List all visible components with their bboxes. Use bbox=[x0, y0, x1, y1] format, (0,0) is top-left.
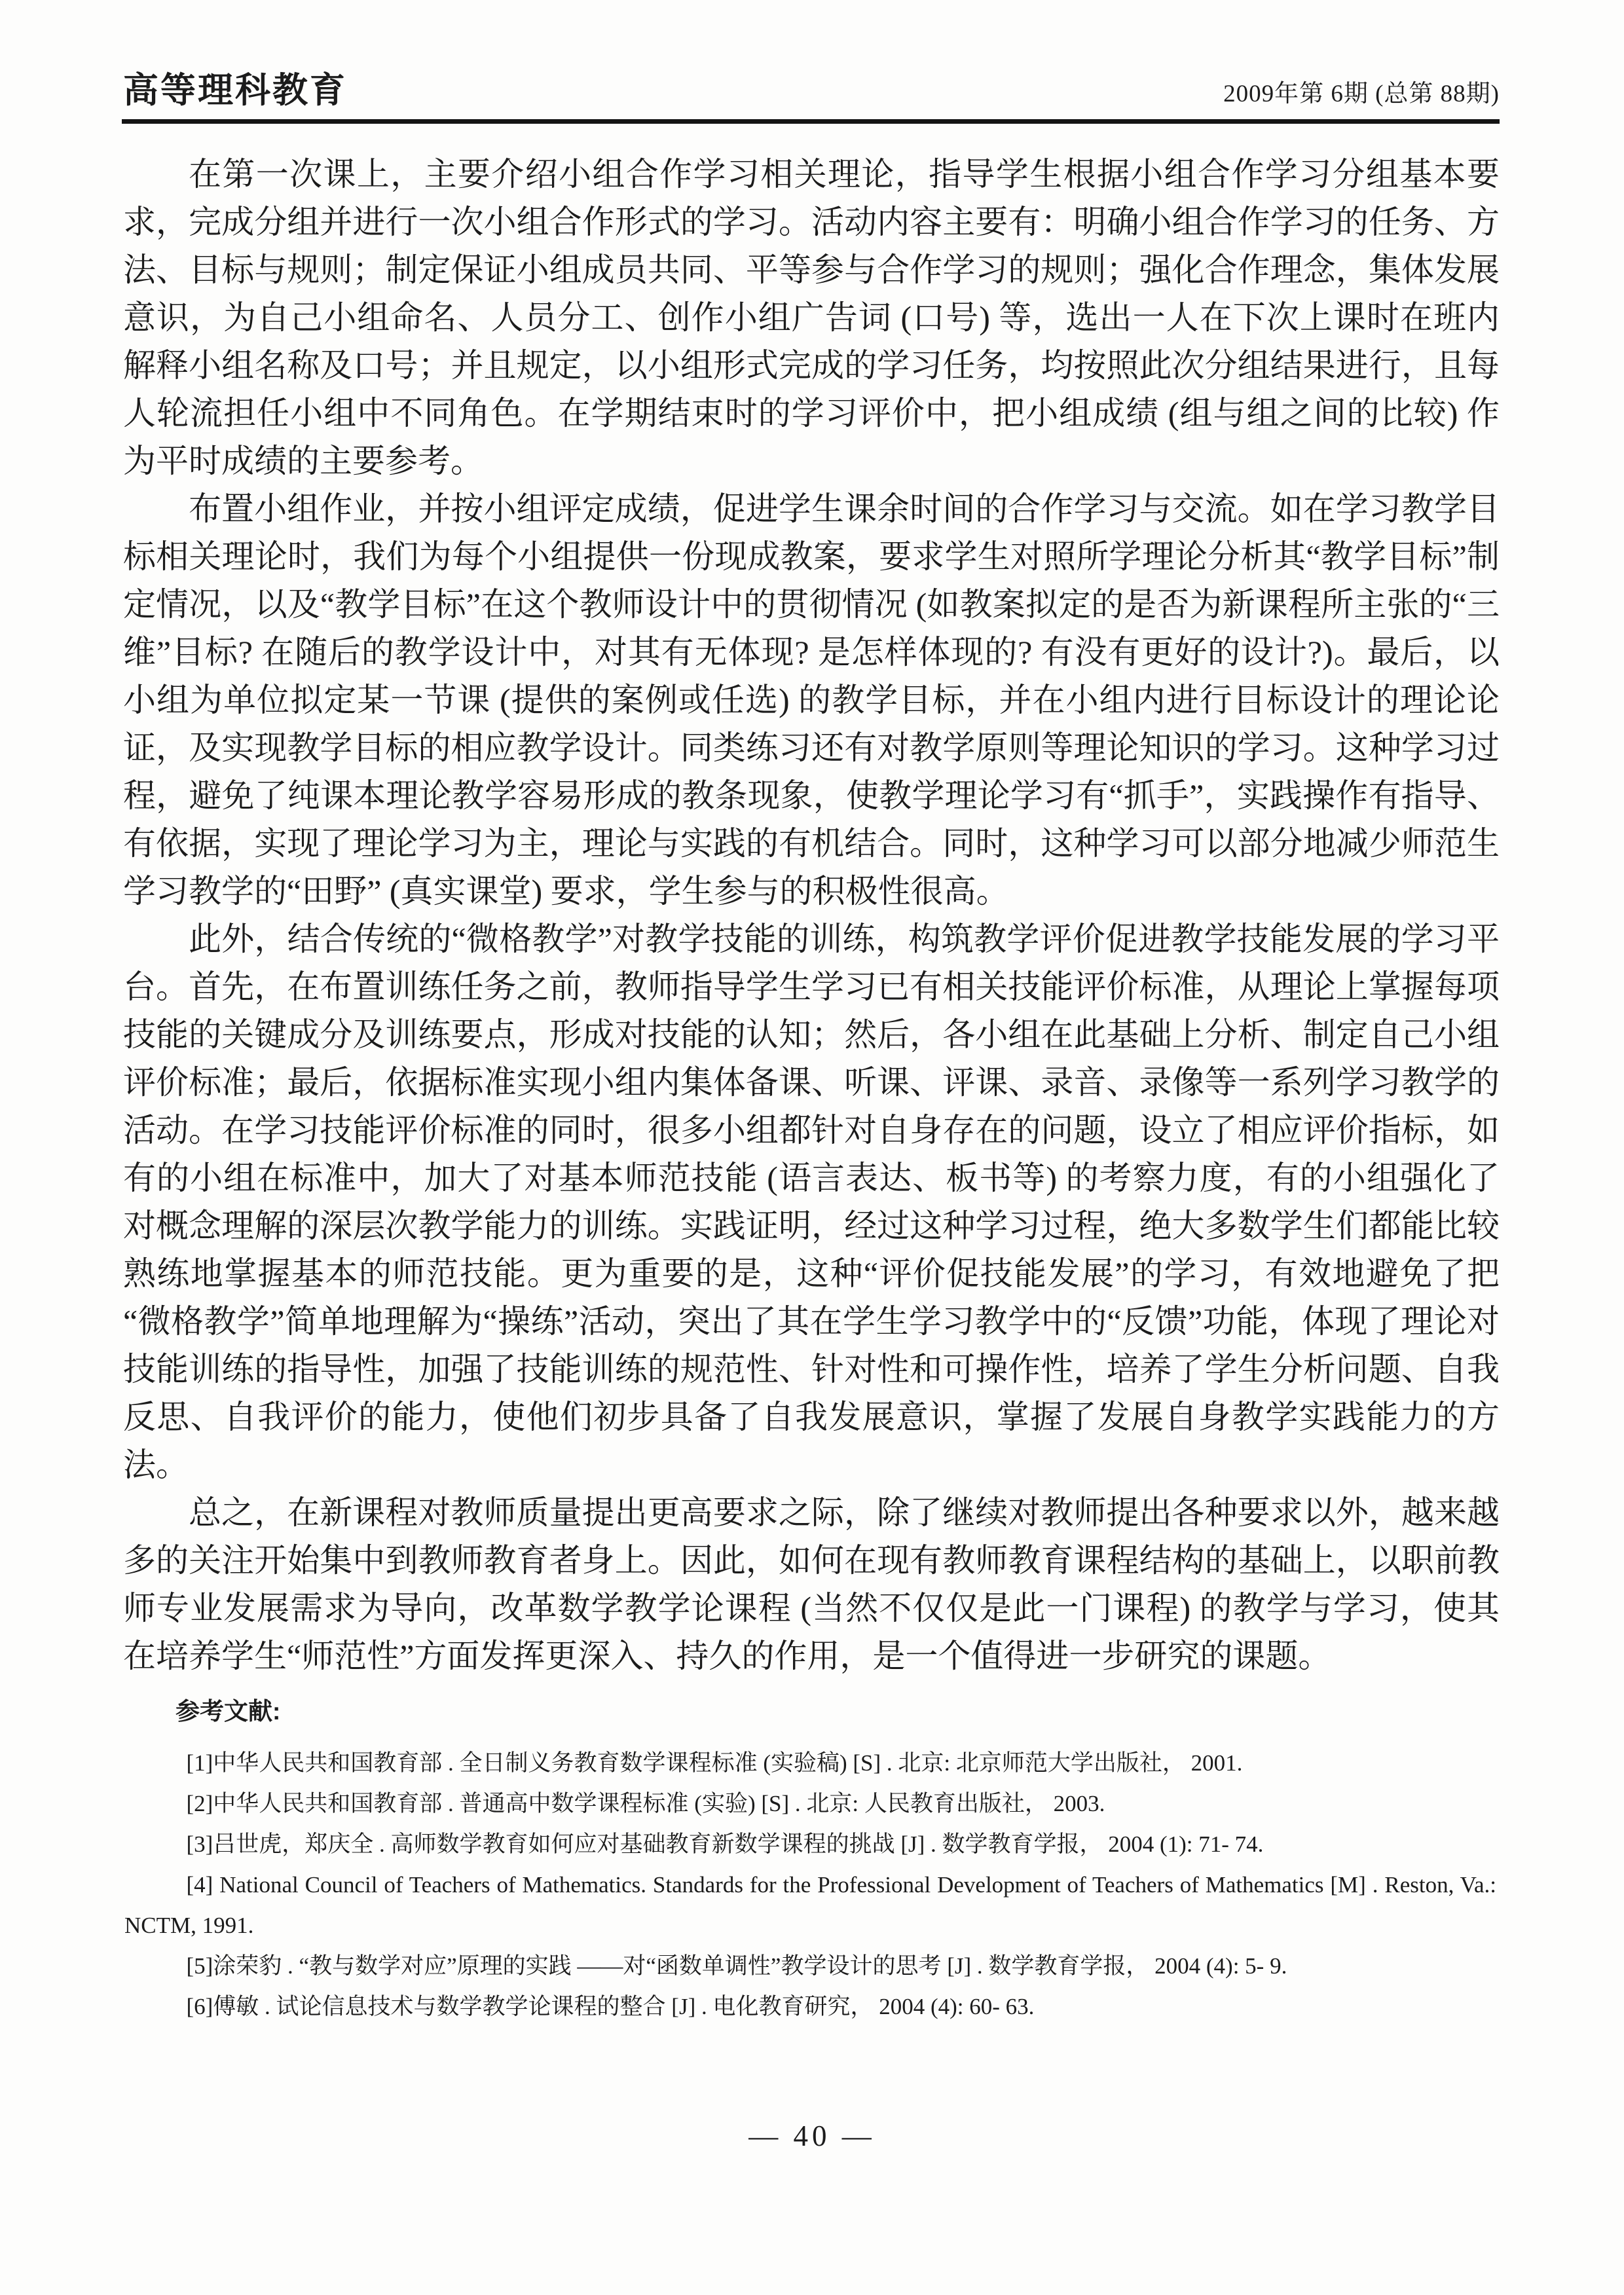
reference-item-6: [6]傅敏 . 试论信息技术与数学教学论课程的整合 [J] . 电化教育研究， … bbox=[124, 1987, 1496, 2027]
issue-info: 2009年第 6期 (总第 88期) bbox=[1223, 79, 1500, 110]
references-section: 参考文献: [1]中华人民共和国教育部 . 全日制义务教育数学课程标准 (实验稿… bbox=[124, 1697, 1496, 2027]
page-footer: — 40 — bbox=[0, 2119, 1624, 2153]
page-header: 高等理科教育 2009年第 6期 (总第 88期) bbox=[123, 71, 1500, 110]
header-rule bbox=[122, 119, 1500, 124]
article-body: 在第一次课上，主要介绍小组合作学习相关理论，指导学生根据小组合作学习分组基本要求… bbox=[123, 151, 1500, 1680]
reference-item-1: [1]中华人民共和国教育部 . 全日制义务教育数学课程标准 (实验稿) [S] … bbox=[124, 1743, 1496, 1784]
reference-item-2: [2]中华人民共和国教育部 . 普通高中数学课程标准 (实验) [S] . 北京… bbox=[124, 1784, 1496, 1824]
reference-item-5: [5]涂荣豹 . “教与数学对应”原理的实践 ——对“函数单调性”教学设计的思考… bbox=[124, 1946, 1496, 1987]
reference-item-4: [4] National Council of Teachers of Math… bbox=[124, 1865, 1496, 1946]
paragraph-1: 在第一次课上，主要介绍小组合作学习相关理论，指导学生根据小组合作学习分组基本要求… bbox=[123, 151, 1500, 485]
journal-name: 高等理科教育 bbox=[123, 71, 347, 110]
document-page: 高等理科教育 2009年第 6期 (总第 88期) 在第一次课上，主要介绍小组合… bbox=[0, 0, 1624, 2295]
page-number: — 40 — bbox=[748, 2120, 876, 2152]
paragraph-3: 此外，结合传统的“微格教学”对教学技能的训练，构筑教学评价促进教学技能发展的学习… bbox=[123, 915, 1500, 1489]
reference-item-3: [3]吕世虎，郑庆全 . 高师数学教育如何应对基础教育新数学课程的挑战 [J] … bbox=[124, 1824, 1496, 1865]
references-heading: 参考文献: bbox=[175, 1697, 1496, 1726]
paragraph-4: 总之，在新课程对教师质量提出更高要求之际，除了继续对教师提出各种要求以外，越来越… bbox=[123, 1489, 1500, 1680]
paragraph-2: 布置小组作业，并按小组评定成绩，促进学生课余时间的合作学习与交流。如在学习教学目… bbox=[123, 485, 1500, 915]
